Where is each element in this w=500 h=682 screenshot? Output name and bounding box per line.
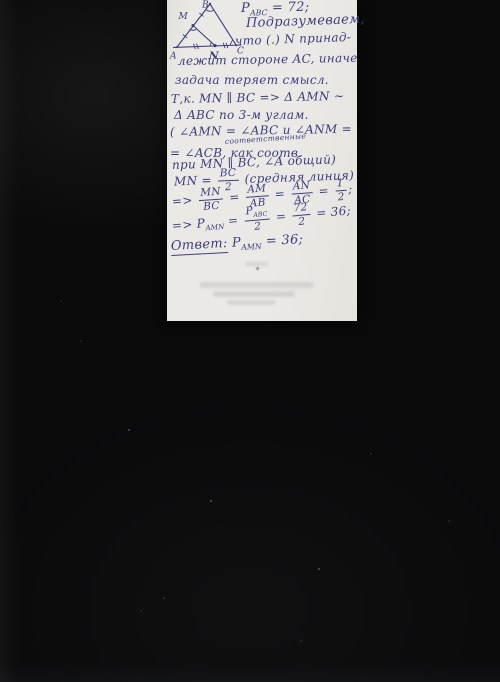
bleed-through-smudge <box>227 300 275 305</box>
note-line-2: Подразумеваем, <box>246 13 365 30</box>
photo-background: B M A N C PABC = 72; Подразумеваем, что … <box>0 0 500 682</box>
bleed-through-smudge <box>200 282 313 288</box>
fraction-numerator: BC <box>218 168 239 181</box>
dust-speck <box>60 300 62 302</box>
fraction-numerator: PABC <box>243 204 270 222</box>
equals-sign: = <box>274 187 285 202</box>
p-subscript: AMN <box>205 222 225 233</box>
result-value: = 36; <box>316 203 352 220</box>
dust-speck <box>163 597 165 599</box>
note-line-3: что (.) N принад- <box>235 31 352 48</box>
p-symbol: P <box>241 1 250 16</box>
angle-arc-c <box>230 40 233 45</box>
fraction-denominator: 2 <box>254 221 262 233</box>
dust-speck <box>128 429 130 431</box>
fraction-numerator: 1 <box>334 178 346 191</box>
dust-speck <box>140 610 142 612</box>
note-line-4: лежит стороне AC, иначе <box>178 52 358 68</box>
implies-arrow: => <box>171 193 193 208</box>
fraction-denominator: 2 <box>298 215 306 227</box>
label-b: B <box>201 1 209 11</box>
equals-sign: = <box>318 184 329 199</box>
equals-sign: = <box>229 190 240 205</box>
answer-label: Ответ: <box>170 236 228 256</box>
dust-speck <box>318 568 320 570</box>
fraction-numerator: MN <box>198 186 223 200</box>
vertex-dot-n <box>213 44 216 47</box>
dust-speck <box>448 520 450 522</box>
dust-speck <box>80 340 82 342</box>
dust-speck <box>370 453 372 455</box>
angle-arc-n <box>210 42 211 45</box>
fraction-72-over-2: 722 <box>291 202 311 227</box>
ink-speck <box>256 267 259 270</box>
note-line-7: Δ ABC по 3-м углам. <box>174 109 309 122</box>
p-subscript: ABC <box>253 211 268 219</box>
fraction-pabc-over-2: PABC2 <box>243 204 271 233</box>
implies-arrow: => <box>171 217 193 233</box>
equals-sign: = <box>275 209 287 224</box>
vertex-dot-m <box>192 24 195 27</box>
note-line-6: Т,к. MN ∥ BC => Δ AMN ∼ <box>171 90 344 106</box>
dust-speck <box>300 640 302 642</box>
answer-value: = 36; <box>265 232 303 249</box>
label-m: M <box>178 12 189 22</box>
fraction-numerator: 72 <box>291 202 310 216</box>
paper-sheet: B M A N C PABC = 72; Подразумеваем, что … <box>167 0 357 321</box>
vertex-dot-b <box>209 3 211 5</box>
note-line-5: задача теряет смысл. <box>175 74 329 87</box>
vertex-dot-a <box>176 46 178 48</box>
equals-sign: = <box>227 213 239 228</box>
bleed-through-smudge <box>213 291 295 297</box>
p-subscript: AMN <box>241 242 262 252</box>
dust-speck <box>210 500 212 502</box>
line-end: ; <box>348 182 353 196</box>
label-a: A <box>169 52 177 62</box>
bleed-through-smudge <box>245 262 269 266</box>
